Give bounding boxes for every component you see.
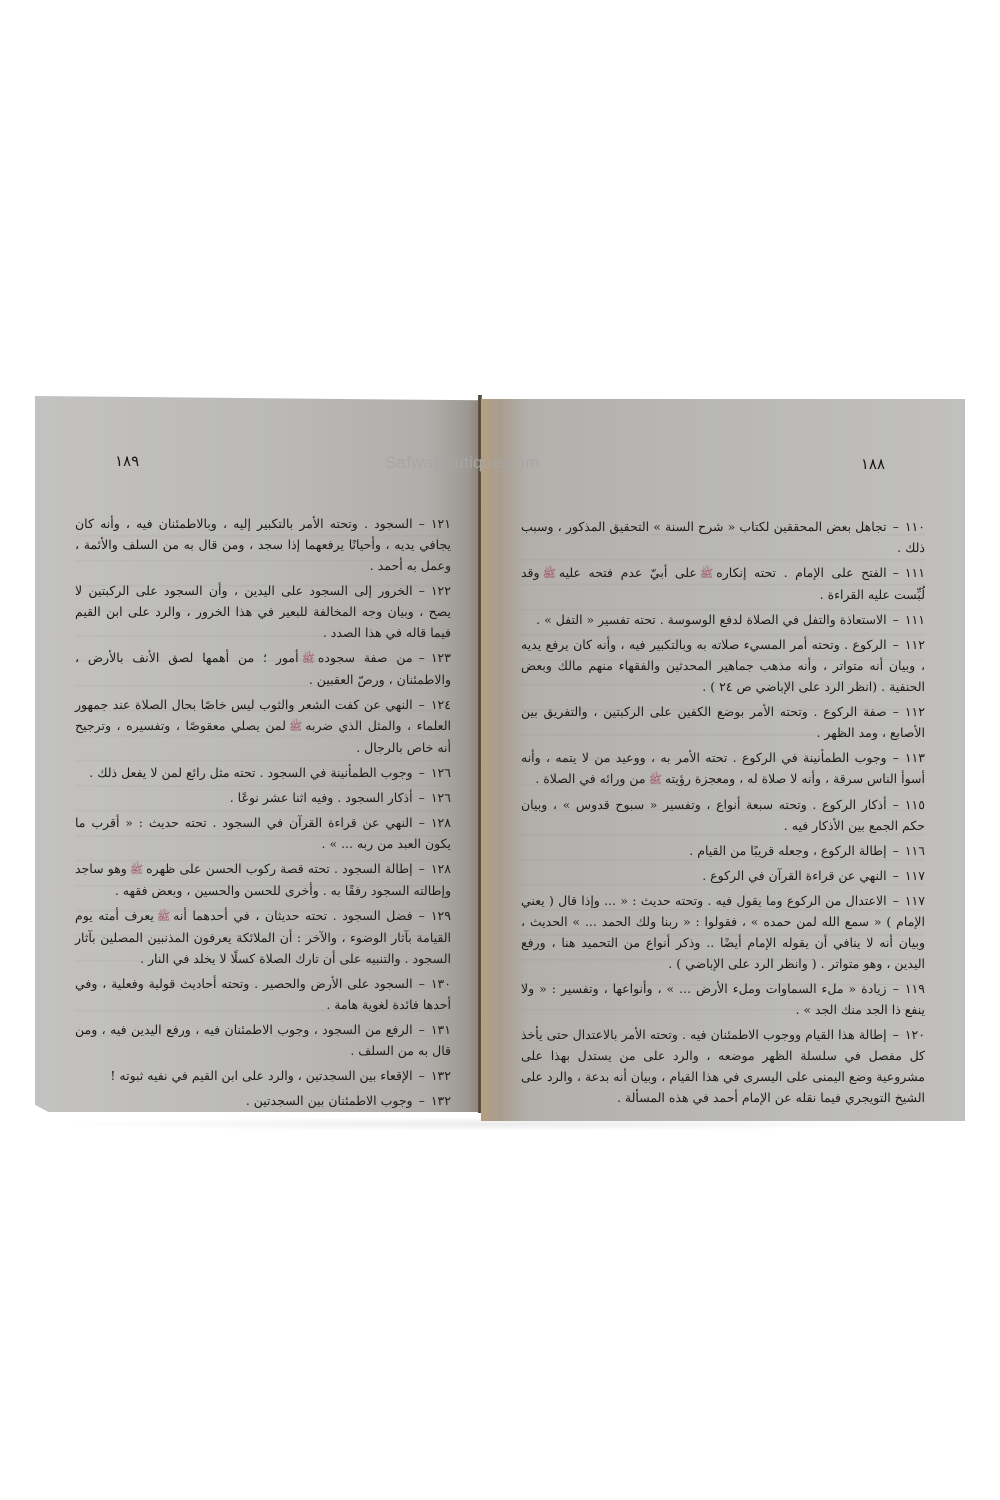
- entry-text: وجوب الاطمئنان بين السجدتين .: [246, 1093, 413, 1108]
- entry-number: ١٢٨: [431, 861, 451, 876]
- entry-text: من ورائه في الصلاة .: [535, 771, 645, 786]
- toc-entry: ١٢٩–فضل السجود . تحته حديثان ، في أحدهما…: [75, 905, 451, 969]
- entry-number: ١١٣: [905, 750, 925, 765]
- entry-text: السجود على الأرض والحصير . وتحته أحاديث …: [75, 976, 451, 1012]
- toc-entry: ١٢٣–من صفة سجودهﷺأمور ؛ من أهمها لصق الأ…: [75, 647, 451, 690]
- entry-text: النهي عن قراءة القرآن في الركوع .: [702, 868, 886, 883]
- entry-number: ١٣٠: [431, 976, 451, 991]
- pbuh-ligature-icon: ﷺ: [130, 863, 143, 876]
- entry-number: ١٢٦: [431, 765, 451, 780]
- entry-number: ١١٦: [905, 843, 925, 858]
- pbuh-ligature-icon: ﷺ: [302, 652, 315, 665]
- entry-text: الاستعاذة والتفل في الصلاة لدفع الوسوسة …: [536, 612, 886, 627]
- entry-text: إطالة هذا القيام ووجوب الاطمئنان فيه . و…: [521, 1027, 925, 1105]
- entry-text: الرفع من السجود ، وجوب الاطمئنان فيه ، و…: [75, 1022, 451, 1058]
- toc-entry: ١١٠–تجاهل بعض المحققين لكتاب « شرح السنة…: [521, 516, 925, 558]
- toc-entry: ١٢٨–النهي عن قراءة القرآن في السجود . تح…: [75, 812, 451, 854]
- toc-entries: ١٢١–السجود . وتحته الأمر بالتكبير إليه ،…: [75, 513, 451, 1115]
- page-number: ١٨٨: [861, 455, 885, 473]
- entry-number: ١١٧: [905, 893, 925, 908]
- entry-text: الاعتدال من الركوع وما يقول فيه . وتحته …: [521, 893, 925, 971]
- toc-entries: ١١٠–تجاهل بعض المحققين لكتاب « شرح السنة…: [521, 516, 925, 1112]
- toc-entry: ١٢٦–وجوب الطمأنينة في السجود . تحته مثل …: [75, 762, 451, 783]
- entry-text: فضل السجود . تحته حديثان ، في أحدهما أنه: [173, 908, 412, 923]
- entry-text: الخرور إلى السجود على اليدين ، وأن السجو…: [75, 583, 451, 640]
- pbuh-ligature-icon: ﷺ: [649, 773, 662, 786]
- entry-text: النهي عن قراءة القرآن في السجود . تحته ح…: [75, 815, 451, 851]
- toc-entry: ١٢٤–النهي عن كفت الشعر والثوب ليس خاصًا …: [75, 694, 451, 758]
- entry-text: الركوع . وتحته أمر المسيء صلاته به وبالت…: [521, 637, 925, 694]
- toc-entry: ١٢٦–أذكار السجود . وفيه اثنا عشر نوعًا .: [75, 787, 451, 808]
- pbuh-ligature-icon: ﷺ: [700, 567, 713, 580]
- entry-number: ١٢٨: [431, 815, 451, 830]
- toc-entry: ١١٧–الاعتدال من الركوع وما يقول فيه . وت…: [521, 890, 925, 974]
- toc-entry: ١١٢–صفة الركوع . وتحته الأمر بوضع الكفين…: [521, 701, 925, 743]
- entry-number: ١٢٢: [431, 583, 451, 598]
- entry-number: ١٢٩: [431, 908, 451, 923]
- toc-entry: ١٣١–الرفع من السجود ، وجوب الاطمئنان فيه…: [75, 1019, 451, 1061]
- entry-text: الإقعاء بين السجدتين ، والرد على ابن الق…: [110, 1068, 412, 1083]
- entry-number: ١٣٢: [431, 1093, 451, 1108]
- pbuh-ligature-icon: ﷺ: [543, 567, 556, 580]
- pbuh-ligature-icon: ﷺ: [157, 910, 170, 923]
- entry-number: ١١٢: [905, 704, 925, 719]
- entry-number: ١٣٢: [431, 1068, 451, 1083]
- entry-text: على أبيّ عدم فتحه عليه: [559, 565, 697, 580]
- entry-text: السجود . وتحته الأمر بالتكبير إليه ، وبا…: [75, 516, 451, 573]
- entry-text: صفة الركوع . وتحته الأمر بوضع الكفين على…: [521, 704, 925, 740]
- page-number: ١٨٩: [115, 452, 139, 470]
- toc-entry: ١٢٢–الخرور إلى السجود على اليدين ، وأن ا…: [75, 580, 451, 643]
- right-page: ١٨٨ ١١٠–تجاهل بعض المحققين لكتاب « شرح ا…: [481, 399, 965, 1121]
- open-book: ١٨٩ ١٢١–السجود . وتحته الأمر بالتكبير إل…: [35, 385, 965, 1125]
- entry-text: الفتح على الإمام . تحته إنكاره: [716, 565, 886, 580]
- entry-text: إطالة الركوع ، وجعله قريبًا من القيام .: [689, 843, 886, 858]
- toc-entry: ١٣٢–وجوب الاطمئنان بين السجدتين .: [75, 1090, 451, 1111]
- entry-text: من صفة سجوده: [318, 650, 413, 665]
- toc-entry: ١١٦–إطالة الركوع ، وجعله قريبًا من القيا…: [521, 840, 925, 861]
- entry-number: ١٢٦: [431, 790, 451, 805]
- entry-number: ١٢١: [431, 516, 451, 531]
- watermark: SafwaBoutique.com: [385, 453, 540, 473]
- toc-entry: ١١١–الاستعاذة والتفل في الصلاة لدفع الوس…: [521, 609, 925, 630]
- entry-number: ١١٧: [905, 868, 925, 883]
- entry-number: ١٣١: [431, 1022, 451, 1037]
- entry-text: زيادة « ملء السماوات وملء الأرض ... » ، …: [521, 981, 925, 1017]
- entry-number: ١١٢: [905, 637, 925, 652]
- toc-entry: ١٣٠–السجود على الأرض والحصير . وتحته أحا…: [75, 973, 451, 1015]
- toc-entry: ١١٢–الركوع . وتحته أمر المسيء صلاته به و…: [521, 634, 925, 697]
- entry-number: ١١١: [905, 565, 925, 580]
- toc-entry: ١٣٢–الإقعاء بين السجدتين ، والرد على ابن…: [75, 1065, 451, 1086]
- left-page: ١٨٩ ١٢١–السجود . وتحته الأمر بالتكبير إل…: [35, 396, 481, 1112]
- toc-entry: ١١٩–زيادة « ملء السماوات وملء الأرض ... …: [521, 978, 925, 1020]
- entry-text: وجوب الطمأنينة في السجود . تحته مثل رائع…: [89, 765, 412, 780]
- entry-number: ١١٠: [905, 519, 925, 534]
- toc-entry: ١٢١–السجود . وتحته الأمر بالتكبير إليه ،…: [75, 513, 451, 576]
- entry-text: إطالة السجود . تحته قصة ركوب الحسن على ظ…: [146, 861, 412, 876]
- entry-text: تجاهل بعض المحققين لكتاب « شرح السنة » ا…: [521, 519, 925, 555]
- entry-number: ١٢٣: [431, 650, 451, 665]
- toc-entry: ١٢٠–إطالة هذا القيام ووجوب الاطمئنان فيه…: [521, 1024, 925, 1108]
- entry-number: ١١١: [905, 612, 925, 627]
- toc-entry: ١١٧–النهي عن قراءة القرآن في الركوع .: [521, 865, 925, 886]
- entry-number: ١٢٤: [431, 697, 451, 712]
- toc-entry: ١١١–الفتح على الإمام . تحته إنكارهﷺعلى أ…: [521, 562, 925, 605]
- toc-entry: ١٢٨–إطالة السجود . تحته قصة ركوب الحسن ع…: [75, 858, 451, 901]
- entry-text: أذكار السجود . وفيه اثنا عشر نوعًا .: [230, 790, 413, 805]
- entry-number: ١١٥: [905, 797, 925, 812]
- toc-entry: ١١٣–وجوب الطمأنينة في الركوع . تحته الأم…: [521, 747, 925, 790]
- toc-entry: ١١٥–أذكار الركوع . وتحته سبعة أنواع ، وت…: [521, 794, 925, 836]
- entry-number: ١١٩: [905, 981, 925, 996]
- pbuh-ligature-icon: ﷺ: [289, 720, 302, 733]
- entry-text: أذكار الركوع . وتحته سبعة أنواع ، وتفسير…: [521, 797, 925, 833]
- entry-number: ١٢٠: [905, 1027, 925, 1042]
